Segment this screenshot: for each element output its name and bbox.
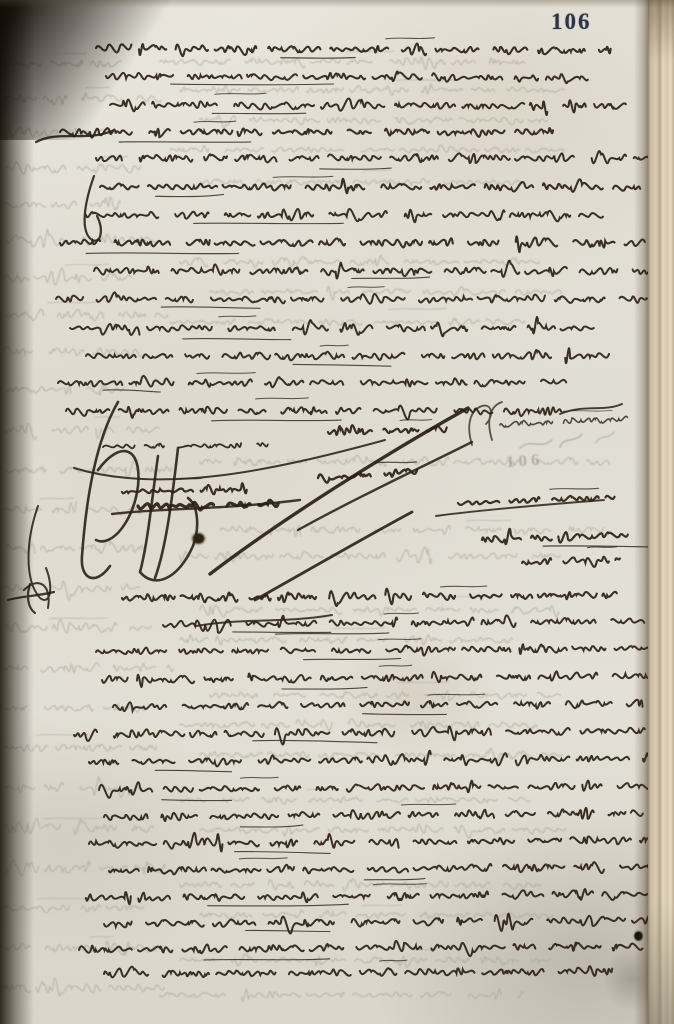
stroke (99, 781, 651, 798)
stroke (380, 960, 408, 961)
stroke (160, 58, 525, 70)
stroke (363, 170, 390, 171)
stroke (482, 529, 628, 544)
stroke (58, 376, 566, 387)
stroke (373, 884, 426, 885)
handwriting-svg (0, 0, 674, 1024)
stroke (194, 121, 236, 122)
top-edge-shadow (0, 0, 674, 8)
stroke (200, 605, 558, 617)
stroke (43, 818, 104, 819)
stroke (320, 345, 348, 346)
stroke (550, 488, 599, 489)
stroke (398, 682, 449, 683)
stroke (56, 292, 647, 303)
stroke (197, 373, 256, 374)
stroke (60, 236, 645, 252)
stroke (122, 589, 617, 606)
stroke (155, 770, 231, 771)
stroke (113, 700, 643, 711)
stroke (104, 808, 643, 821)
stroke (379, 665, 411, 666)
stroke (171, 84, 334, 85)
stroke (89, 833, 658, 852)
stroke (86, 889, 647, 904)
stroke (396, 80, 456, 81)
stroke (378, 639, 421, 640)
stroke (210, 408, 468, 574)
stroke (273, 176, 333, 177)
stroke (596, 432, 614, 443)
stroke (102, 671, 658, 687)
stroke (95, 417, 120, 418)
stroke (89, 936, 113, 937)
stroke (375, 462, 417, 463)
stroke (253, 740, 377, 742)
stroke (48, 302, 97, 303)
stroke (122, 483, 247, 494)
ink-blot (190, 531, 207, 546)
ink-layer (8, 38, 674, 978)
stroke (200, 824, 565, 838)
book-gutter-shadow (0, 0, 34, 1024)
stroke (100, 179, 640, 193)
stroke (332, 628, 384, 629)
stroke (347, 51, 394, 52)
stroke (204, 959, 330, 960)
fore-edge-strip (648, 0, 674, 1024)
stroke (103, 443, 268, 448)
stroke (386, 38, 435, 39)
stroke (180, 719, 537, 731)
stroke (239, 858, 287, 859)
stroke (281, 58, 356, 59)
stroke (256, 398, 309, 399)
stroke (180, 635, 513, 645)
stroke (109, 862, 659, 874)
stroke (364, 878, 424, 879)
stroke (119, 142, 251, 143)
stroke (304, 658, 401, 659)
stroke (180, 879, 540, 891)
stroke (49, 618, 108, 619)
stroke (352, 277, 430, 278)
stroke (560, 404, 622, 414)
stroke (170, 318, 525, 325)
stroke (500, 416, 627, 427)
stroke (39, 898, 92, 899)
stroke (96, 644, 653, 655)
stroke (86, 209, 603, 222)
stroke (85, 176, 101, 241)
stroke (320, 168, 392, 169)
stroke (522, 557, 620, 567)
stroke (66, 406, 561, 420)
stroke (400, 420, 432, 421)
stroke (275, 633, 389, 634)
stroke (401, 804, 456, 805)
stroke (200, 455, 610, 466)
ghost-folio-number: 106 (505, 450, 544, 473)
stroke (293, 364, 391, 366)
stroke (466, 520, 511, 521)
stroke (210, 691, 560, 701)
stroke (86, 253, 239, 254)
stroke (241, 777, 279, 778)
stroke (215, 93, 266, 94)
stroke (388, 309, 446, 310)
showthrough-layer (4, 51, 614, 1001)
stroke (235, 852, 331, 854)
manuscript-page-photo: 106 106 (0, 0, 674, 1024)
stroke (180, 797, 530, 804)
stroke (587, 547, 616, 548)
folio-number-stamp: 106 (551, 9, 592, 35)
stroke (183, 338, 291, 339)
stroke (363, 714, 447, 715)
stroke (441, 586, 487, 587)
stroke (170, 145, 564, 153)
stroke (428, 694, 485, 695)
stroke (348, 287, 384, 288)
stroke (180, 255, 540, 267)
stroke (212, 420, 342, 421)
stroke (384, 613, 418, 614)
stroke (161, 307, 260, 309)
stroke (79, 941, 643, 956)
stroke (219, 316, 256, 317)
stroke (233, 632, 331, 633)
stroke (469, 402, 502, 445)
stroke (104, 966, 612, 977)
stroke (282, 687, 367, 689)
stroke (156, 194, 224, 196)
stroke (240, 825, 303, 827)
stroke (40, 498, 74, 499)
stroke (65, 264, 109, 265)
top-left-binding-shadow (0, 0, 190, 140)
stroke (180, 954, 550, 967)
stroke (212, 113, 305, 114)
stroke (163, 615, 644, 633)
stroke (200, 116, 548, 128)
stroke (362, 905, 401, 906)
stroke (86, 348, 609, 363)
stroke (246, 930, 330, 931)
stroke (208, 904, 349, 906)
stroke (520, 434, 582, 448)
stroke (200, 910, 553, 919)
stroke (96, 151, 649, 163)
stroke (160, 989, 523, 1002)
stroke (104, 914, 662, 934)
stroke (103, 390, 160, 392)
